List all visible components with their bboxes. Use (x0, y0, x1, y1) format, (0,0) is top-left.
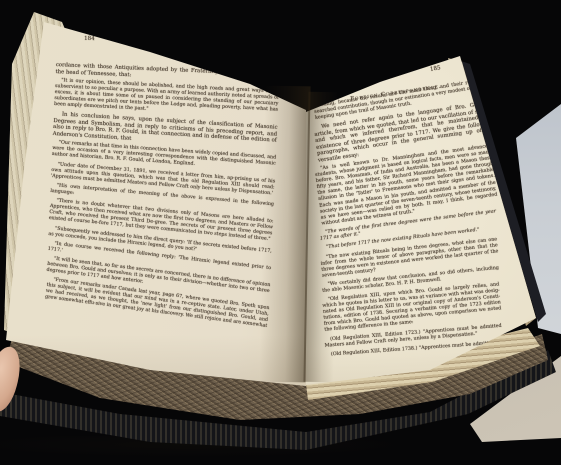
left-text-column: cordance with those Antiquities adopted … (45, 62, 279, 314)
photo-of-open-book: 184 Colorado. cordance with those Antiqu… (0, 0, 561, 465)
right-text-column: standing, because the results are the ma… (314, 96, 503, 361)
page-number: 184 (84, 36, 95, 42)
gutter-shadow-left (259, 86, 310, 383)
gutter-shadow-right (303, 92, 338, 382)
page-number: 185 (430, 65, 441, 73)
running-header: Colorado. (122, 44, 258, 62)
